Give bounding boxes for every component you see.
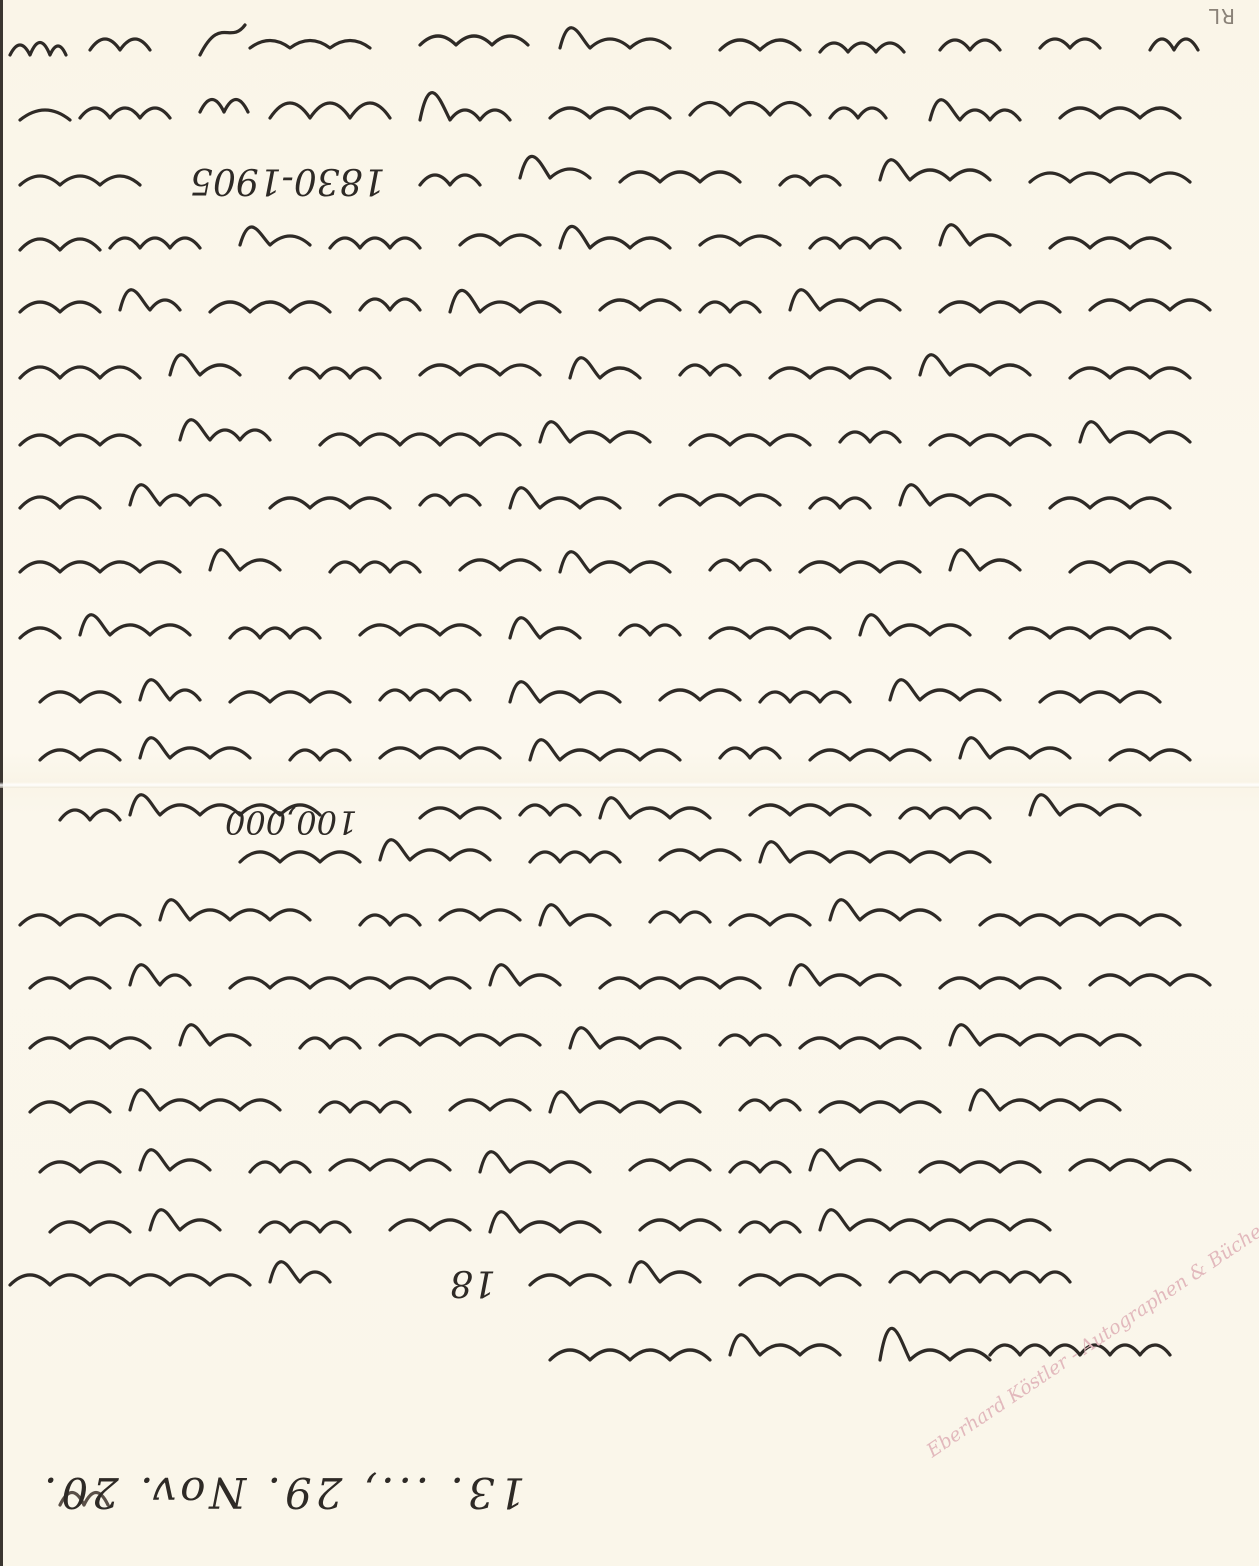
pencil-annotation: RL — [1208, 4, 1235, 28]
letter-date: 13. ..., 29. Nov. 20. — [40, 1468, 525, 1517]
number-18-text: 18 — [450, 1262, 496, 1303]
number-100000-text: 100,000 — [225, 803, 357, 841]
letter-page: RL 1830-1905 100,000 18 13. ..., 29. Nov… — [0, 0, 1259, 1566]
year-range-text: 1830-1905 — [190, 160, 385, 201]
handwriting-strokes — [0, 0, 1259, 1566]
